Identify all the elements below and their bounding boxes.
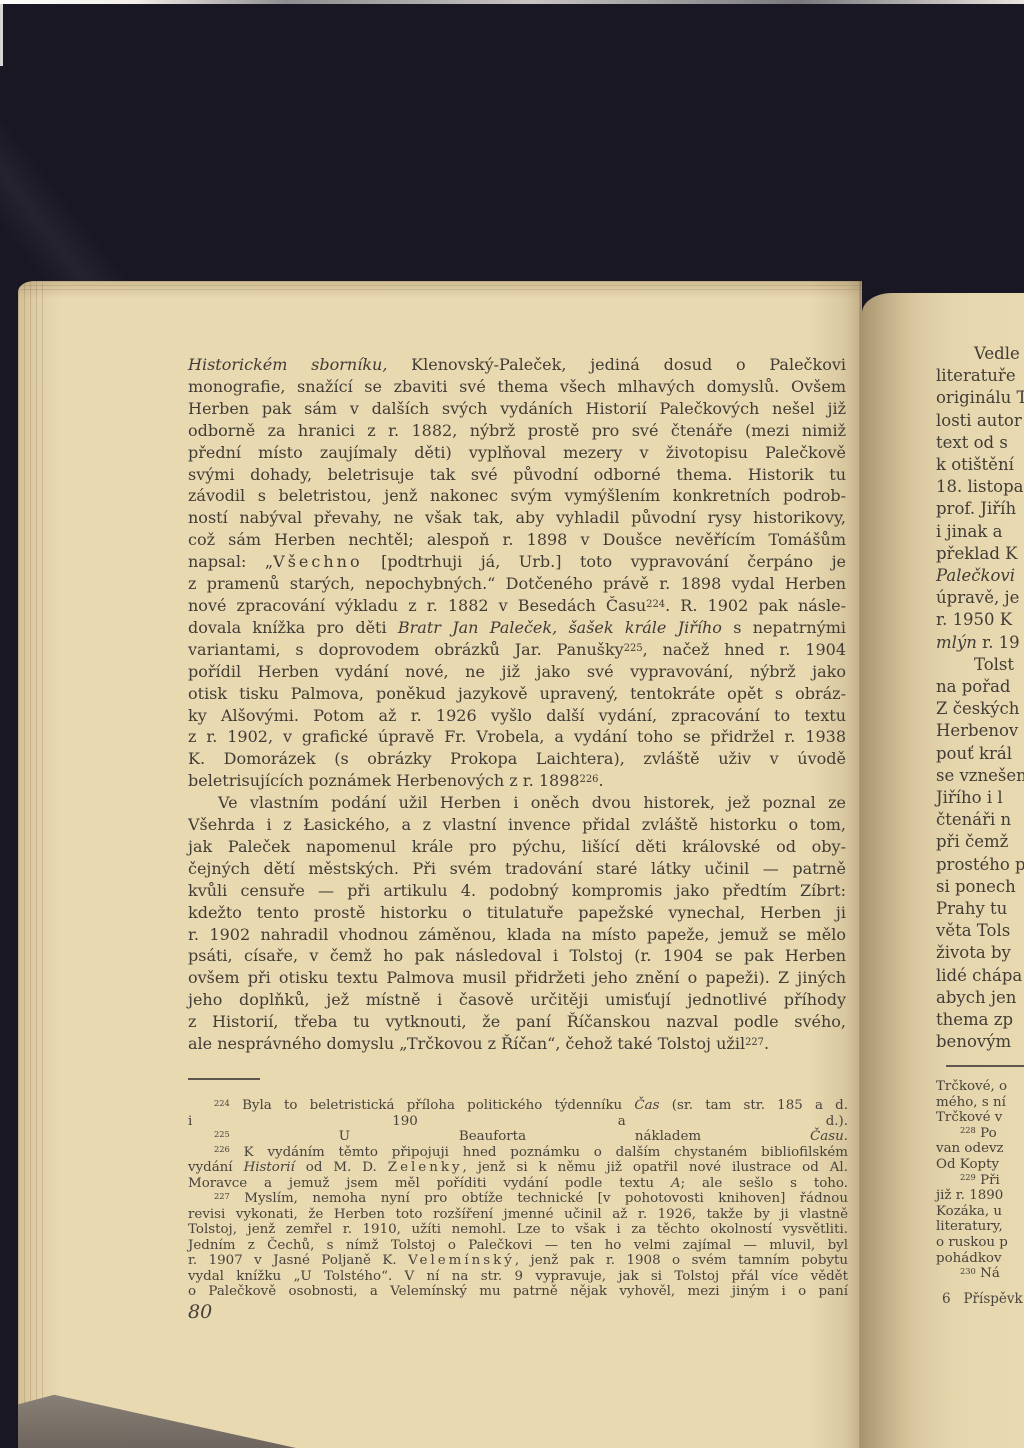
scanned-book-photo: { "left_page": { "page_number": "80", "b… — [0, 0, 1024, 1448]
text-line: i jinak a — [936, 521, 1024, 543]
right-page-text-block: Vedleliteratuřeoriginálu Tlosti autortex… — [936, 343, 1024, 1054]
text-line: Kozáka, u — [936, 1204, 1024, 1220]
text-line: pohádkov — [936, 1251, 1024, 1267]
text-line: 227 Myslím, nemoha nyní pro obtíže techn… — [188, 1191, 848, 1207]
text-line: Trčkové v — [936, 1110, 1024, 1126]
text-line: Ve vlastním podání užil Herben i oněch d… — [188, 792, 846, 814]
text-line: r. 1907 v Jasné Poljaně K. Velemínský, j… — [188, 1253, 848, 1269]
text-line: abych jen — [936, 987, 1024, 1009]
text-line: pořídil Herben vydání nové, ne již jako … — [188, 661, 846, 683]
text-line: K. Domorázek (s obrázky Prokopa Laichter… — [188, 748, 846, 770]
text-line: 224 Byla to beletristická příloha politi… — [188, 1098, 848, 1114]
text-line: literatuře — [936, 365, 1024, 387]
text-line: Z českých — [936, 698, 1024, 720]
text-line: r. 1902 nahradil vhodnou záměnou, klada … — [188, 924, 846, 946]
text-line: text od s — [936, 432, 1024, 454]
text-line: si ponech — [936, 876, 1024, 898]
text-line: jeho doplňků, jež místně i časově určitě… — [188, 989, 846, 1011]
text-line: Prahy tu — [936, 898, 1024, 920]
text-line: mého, s ní — [936, 1095, 1024, 1111]
text-line: Historickém sborníku, Klenovský-Paleček,… — [188, 354, 846, 376]
text-line: lidé chápa — [936, 965, 1024, 987]
text-line: ovšem při otisku textu Palmova musil při… — [188, 967, 846, 989]
text-line: 228 Po — [936, 1126, 1024, 1142]
text-line: mlýn r. 19 — [936, 632, 1024, 654]
page-number: 80 — [188, 1301, 212, 1323]
text-line: kvůli censuře — při artikulu 4. podobný … — [188, 880, 846, 902]
text-line: 225 U Beauforta nákladem Času. — [188, 1129, 848, 1145]
text-line: ností nabýval převahy, ne však tak, aby … — [188, 507, 846, 529]
text-line: 226 K vydáním těmto připojuji hned pozná… — [188, 1145, 848, 1161]
text-line: prof. Jiříh — [936, 498, 1024, 520]
text-line: 230 Ná — [936, 1266, 1024, 1282]
signature-mark: 6 Příspěvk — [942, 1291, 1023, 1307]
right-page-partial: Vedleliteratuřeoriginálu Tlosti autortex… — [862, 293, 1024, 1448]
text-line: Tolstoj, jenž zemřel r. 1910, užíti nemo… — [188, 1222, 848, 1238]
text-line: svými dohady, beletrisuje tak své původn… — [188, 464, 846, 486]
text-line: se vznešen — [936, 765, 1024, 787]
text-line: překlad K — [936, 543, 1024, 565]
text-line: úpravě, je — [936, 587, 1024, 609]
text-line: nové zpracování výkladu z r. 1882 v Bese… — [188, 595, 846, 617]
text-line: pouť král — [936, 743, 1024, 765]
text-line: monografie, snažící se zbaviti své thema… — [188, 376, 846, 398]
right-footnote-separator-rule — [946, 1065, 1024, 1067]
text-line: otisk tisku Palmova, poněkud jazykově up… — [188, 683, 846, 705]
text-line: Palečkovi — [936, 565, 1024, 587]
text-line: Od Kopty — [936, 1157, 1024, 1173]
text-line: thema zp — [936, 1009, 1024, 1031]
text-line: 18. listopa — [936, 476, 1024, 498]
text-line: beletrisujících poznámek Herbenových z r… — [188, 770, 846, 792]
text-line: psáti, císaře, v čemž ho pak následoval … — [188, 945, 846, 967]
text-line: přední místo zaujímaly děti) vyplňoval m… — [188, 442, 846, 464]
text-line: k otištění — [936, 454, 1024, 476]
footnote-separator-rule — [188, 1078, 260, 1080]
text-line: čtenáři n — [936, 809, 1024, 831]
text-line: prostého p — [936, 854, 1024, 876]
text-line: losti autor — [936, 410, 1024, 432]
text-line: Jedním z Čechů, s nímž Tolstoj o Palečko… — [188, 1238, 848, 1254]
text-line: věta Tols — [936, 920, 1024, 942]
text-line: Trčkové, o — [936, 1079, 1024, 1095]
page-stack-edge-top — [18, 281, 862, 293]
footnotes-block: 224 Byla to beletristická příloha politi… — [188, 1098, 848, 1300]
scan-left-light-sliver — [0, 4, 3, 66]
text-line: z r. 1902, v grafické úpravě Fr. Vrobela… — [188, 726, 846, 748]
text-line: literatury, — [936, 1219, 1024, 1235]
text-line: na pořad — [936, 676, 1024, 698]
text-line: jak Paleček napomenul krále pro pýchu, l… — [188, 836, 846, 858]
text-line: r. 1950 K — [936, 609, 1024, 631]
main-text-block: Historickém sborníku, Klenovský-Paleček,… — [188, 354, 846, 1055]
text-line: vydal knížku „U Tolstého“. V ní na str. … — [188, 1269, 848, 1285]
text-line: z pramenů starých, nepochybných.“ Dotčen… — [188, 573, 846, 595]
text-line: z Historií, třeba tu vytknouti, že paní … — [188, 1011, 846, 1033]
text-line: vydání Historií od M. D. Zelenky, jenž s… — [188, 1160, 848, 1176]
text-line: kdežto tento prostě historku o titulatuř… — [188, 902, 846, 924]
text-line: již r. 1890 — [936, 1188, 1024, 1204]
text-line: i 190 a d.). — [188, 1114, 848, 1130]
text-line: o ruskou p — [936, 1235, 1024, 1251]
text-line: napsal: „Všechno [podtrhuji já, Urb.] to… — [188, 551, 846, 573]
scan-top-light-strip — [0, 0, 1024, 4]
text-line: originálu T — [936, 387, 1024, 409]
text-line: čejných dětí městských. Při svém tradová… — [188, 858, 846, 880]
text-line: Moravce a jemuž jsem měl poříditi vydání… — [188, 1176, 848, 1192]
text-line: Tolst — [936, 654, 1024, 676]
text-line: variantami, s doprovodem obrázků Jar. Pa… — [188, 639, 846, 661]
text-line: což sám Herben nechtěl; alespoň r. 1898 … — [188, 529, 846, 551]
left-page: Historickém sborníku, Klenovský-Paleček,… — [18, 281, 862, 1448]
right-footnotes-block: Trčkové, omého, s níTrčkové v228 Povan o… — [936, 1079, 1024, 1282]
text-line: 229 Při — [936, 1173, 1024, 1189]
text-line: Jiřího i l — [936, 787, 1024, 809]
text-line: revisi vykonati, že Herben toto rozšířen… — [188, 1207, 848, 1223]
text-line: ky Alšovými. Potom až r. 1926 vyšlo dalš… — [188, 705, 846, 727]
text-line: závodil s beletristou, jenž nakonec svým… — [188, 485, 846, 507]
text-line: benovým — [936, 1031, 1024, 1053]
text-line: Vedle — [936, 343, 1024, 365]
text-line: van odevz — [936, 1141, 1024, 1157]
page-stack-edge-left — [18, 281, 46, 1448]
text-line: dovala knížka pro děti Bratr Jan Paleček… — [188, 617, 846, 639]
text-line: Herben pak sám v dalších svých vydáních … — [188, 398, 846, 420]
text-line: o Palečkově osobnosti, a Velemínský mu p… — [188, 1284, 848, 1300]
text-line: života by — [936, 942, 1024, 964]
text-line: ale nesprávného domyslu „Trčkovou z Říča… — [188, 1033, 846, 1055]
text-line: odborně za hranici z r. 1882, nýbrž pros… — [188, 420, 846, 442]
text-line: při čemž — [936, 831, 1024, 853]
text-line: Herbenov — [936, 720, 1024, 742]
text-line: Všehrda i z Łasického, a z vlastní inven… — [188, 814, 846, 836]
